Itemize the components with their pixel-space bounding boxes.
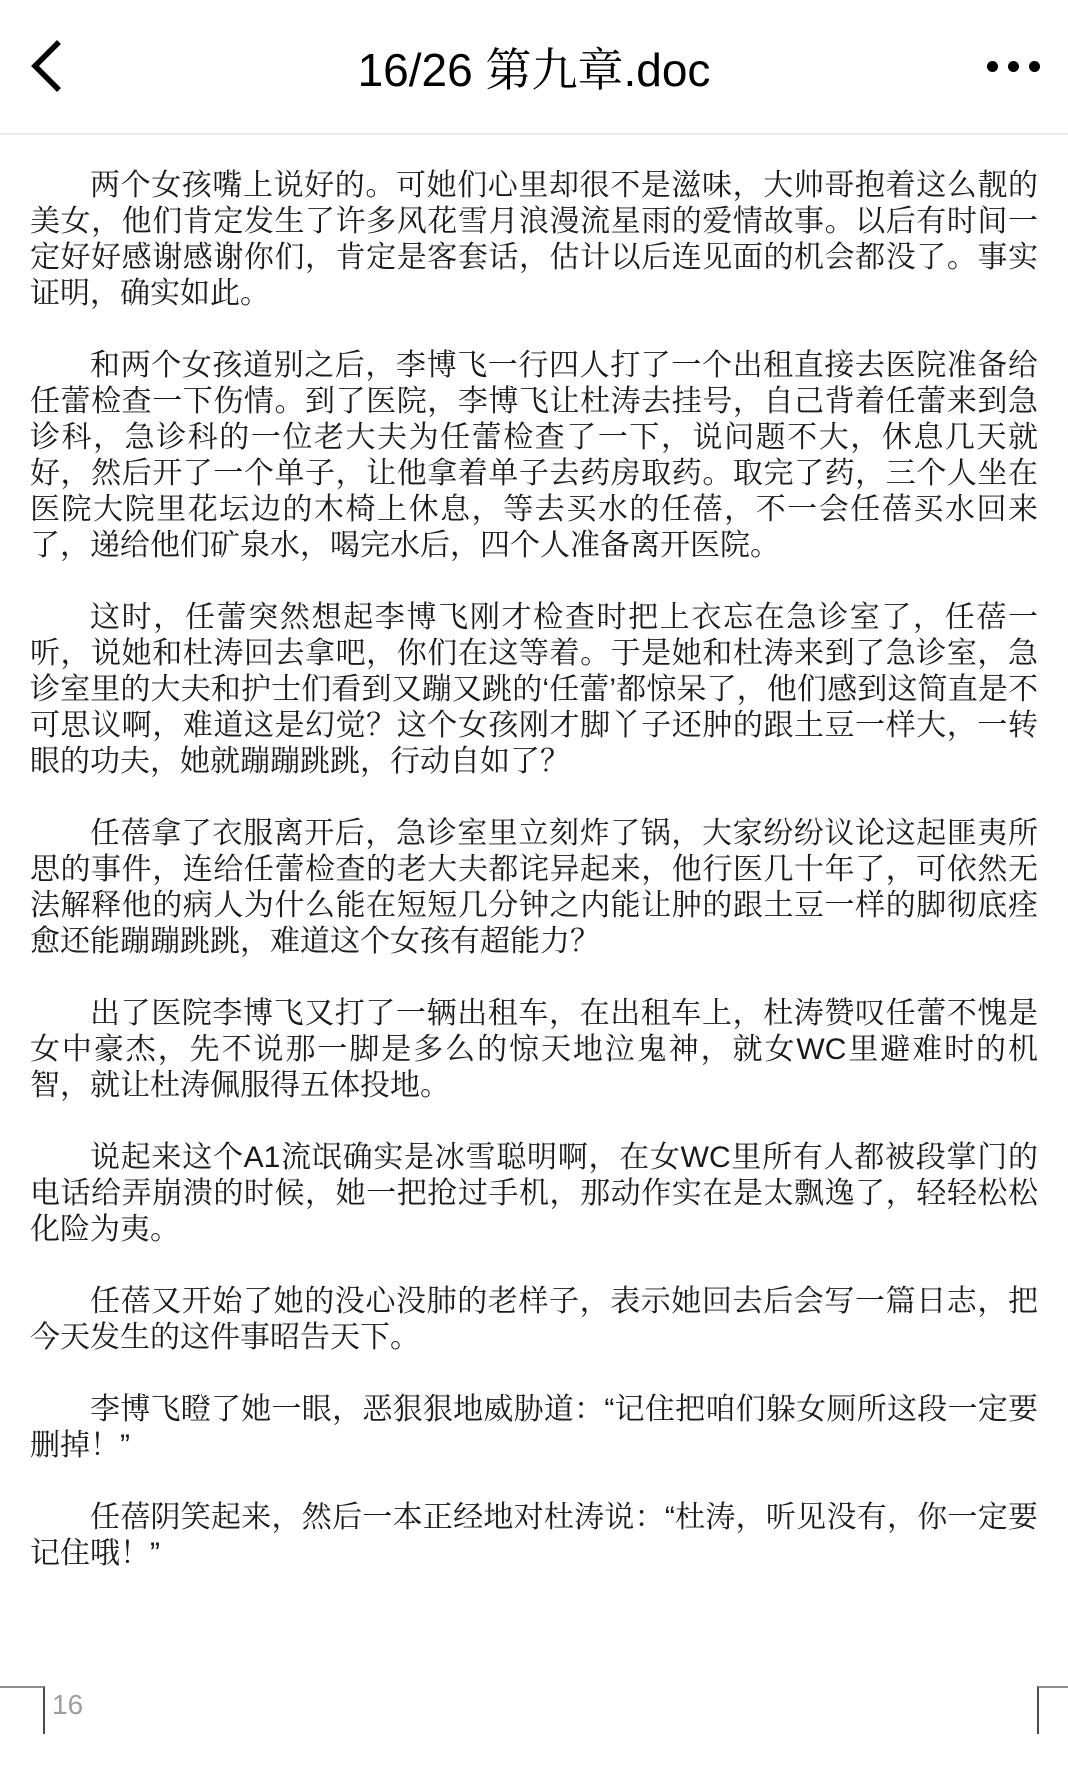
ellipsis-icon [987, 61, 1040, 72]
paragraph-list: 两个女孩嘴上说好的。可她们心里却很不是滋味，大帅哥抱着这么靓的美女，他们肯定发生… [30, 168, 1038, 1572]
paragraph: 这时，任蕾突然想起李博飞刚才检查时把上衣忘在急诊室了，任蓓一听，说她和杜涛回去拿… [30, 600, 1038, 780]
paragraph: 李博飞瞪了她一眼，恶狠狠地威胁道：“记住把咱们躲女厕所这段一定要删掉！” [30, 1392, 1038, 1464]
chevron-left-icon [28, 38, 64, 94]
back-button[interactable] [28, 30, 98, 102]
paragraph: 和两个女孩道别之后，李博飞一行四人打了一个出租直接去医院准备给任蕾检查一下伤情。… [30, 348, 1038, 564]
document-title: 16/26 第九章.doc [358, 34, 711, 100]
paragraph: 任蓓拿了衣服离开后，急诊室里立刻炸了锅，大家纷纷议论这起匪夷所思的事件，连给任蕾… [30, 816, 1038, 960]
paragraph: 说起来这个A1流氓确实是冰雪聪明啊，在女WC里所有人都被段掌门的电话给弄崩溃的时… [30, 1140, 1038, 1248]
paragraph: 任蓓阴笑起来，然后一本正经地对杜涛说：“杜涛，听见没有，你一定要记住哦！” [30, 1500, 1038, 1572]
paragraph: 出了医院李博飞又打了一辆出租车，在出租车上，杜涛赞叹任蕾不愧是女中豪杰，先不说那… [30, 996, 1038, 1104]
header-bar: 16/26 第九章.doc [0, 0, 1068, 135]
page-number: 16 [52, 1691, 83, 1719]
paragraph: 两个女孩嘴上说好的。可她们心里却很不是滋味，大帅哥抱着这么靓的美女，他们肯定发生… [30, 168, 1038, 312]
more-options-button[interactable] [964, 38, 1040, 94]
page-corner-marker-right [1037, 1686, 1068, 1734]
paragraph: 任蓓又开始了她的没心没肺的老样子，表示她回去后会写一篇日志，把今天发生的这件事昭… [30, 1284, 1038, 1356]
document-viewer-screen: 16/26 第九章.doc 两个女孩嘴上说好的。可她们心里却很不是滋味，大帅哥抱… [0, 0, 1068, 1772]
document-page: 两个女孩嘴上说好的。可她们心里却很不是滋味，大帅哥抱着这么靓的美女，他们肯定发生… [0, 135, 1068, 1572]
page-corner-marker-left [0, 1686, 45, 1734]
